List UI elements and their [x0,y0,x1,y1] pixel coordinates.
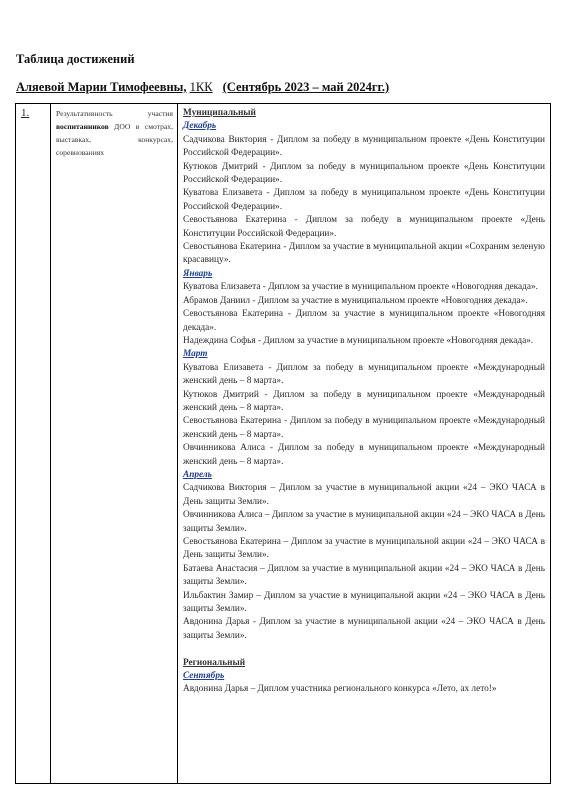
achievements-table: 1. Результативность участия воспитаннико… [15,103,551,784]
level-heading: Региональный [183,657,545,670]
achievement-entry: Надеждина Софья - Диплом за участие в му… [183,335,545,348]
row-number: 1. [16,104,51,784]
achievement-entry: Батаева Анастасия – Диплом за участие в … [183,563,545,590]
achievements-cell: МуниципальныйДекабрьСадчикова Виктория -… [178,104,551,784]
achievement-entry: Ильбактин Замир – Диплом за участие в му… [183,590,545,617]
month-heading: Март [183,348,545,361]
achievement-entry: Кутюков Дмитрий - Диплом за победу в мун… [183,389,545,416]
criterion-text: Результативность участия [56,109,173,118]
achievement-entry: Куватова Елизавета - Диплом за участие в… [183,281,545,294]
achievement-entry: Севостьянова Екатерина – Диплом за участ… [183,536,545,563]
achievement-entry: Севостьянова Екатерина - Диплом за побед… [183,415,545,442]
month-heading: Сентябрь [183,670,545,683]
document-title: Таблица достижений [16,52,135,67]
achievement-entry: Авдонина Дарья - Диплом за участие в мун… [183,616,545,643]
qualification-category: 1КК [190,80,213,94]
reporting-period: (Сентябрь 2023 – май 2024гг.) [223,80,390,94]
section-spacer [183,643,545,656]
criterion-bold-text: воспитанников [56,122,109,131]
achievement-entry: Кутюков Дмитрий - Диплом за победу в мун… [183,161,545,188]
achievement-entry: Овчинникова Алиса - Диплом за победу в м… [183,442,545,469]
month-heading: Апрель [183,469,545,482]
achievement-entry: Куватова Елизавета - Диплом за победу в … [183,187,545,214]
achievement-entry: Овчинникова Алиса – Диплом за участие в … [183,509,545,536]
month-heading: Январь [183,268,545,281]
achievement-entry: Садчикова Виктория – Диплом за участие в… [183,482,545,509]
criterion-cell: Результативность участия воспитанников Д… [51,104,178,784]
table-row: 1. Результативность участия воспитаннико… [16,104,551,784]
achievement-entry: Садчикова Виктория - Диплом за победу в … [183,134,545,161]
level-heading: Муниципальный [183,107,545,120]
achievement-entry: Севостьянова Екатерина - Диплом за побед… [183,214,545,241]
achievement-entry: Абрамов Даниил - Диплом за участие в мун… [183,295,545,308]
achievement-entry: Авдонина Дарья – Диплом участника регион… [183,683,545,696]
achievement-entry: Севостьянова Екатерина - Диплом за участ… [183,241,545,268]
document-subtitle: Аляевой Марии Тимофеевны, 1КК(Сентябрь 2… [16,80,389,95]
month-heading: Декабрь [183,120,545,133]
teacher-name: Аляевой Марии Тимофеевны, [16,80,187,94]
achievement-entry: Севостьянова Екатерина - Диплом за участ… [183,308,545,335]
achievements-table-body: 1. Результативность участия воспитаннико… [16,104,551,784]
achievement-entry: Куватова Елизавета - Диплом за победу в … [183,362,545,389]
